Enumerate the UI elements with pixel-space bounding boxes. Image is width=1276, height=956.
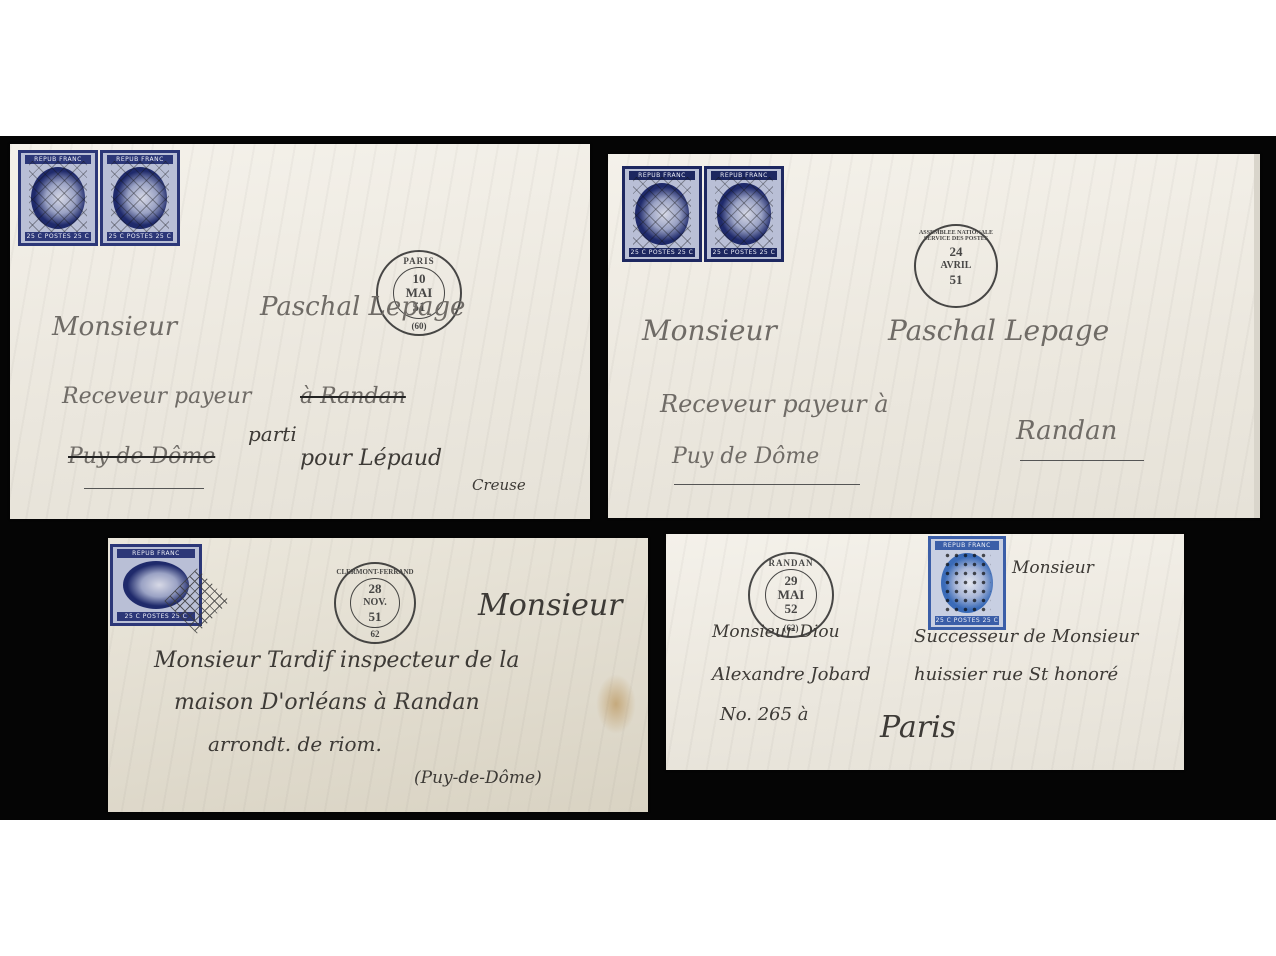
address-town-struck: à Randan (300, 384, 406, 409)
ceres-stamp: REPUB FRANC 25 C POSTES 25 C (928, 536, 1006, 630)
postmark-year: 51 (950, 273, 963, 287)
postmark-month: AVRIL (941, 259, 972, 273)
postmark-day: 24 (950, 245, 963, 259)
address-name: Paschal Lepage (888, 314, 1109, 347)
postmark-bottom: (60) (378, 321, 460, 331)
address-city: Paris (880, 710, 956, 745)
postmark-town: PARIS (378, 256, 460, 266)
address-department-struck: Puy de Dôme (68, 444, 215, 469)
postmark-month: MAI (778, 588, 805, 602)
redirect-destination: pour Lépaud (300, 446, 442, 471)
address-name: Paschal Lepage (260, 292, 465, 322)
postmark-town: CLERMONT-FERRAND (336, 568, 414, 576)
postmark-month: NOV. (363, 596, 386, 610)
address-salutation: Monsieur (478, 588, 623, 623)
ceres-stamp: REPUB FRANC 25 C POSTES 25 C (100, 150, 180, 246)
postmark-assemblee-nationale: ASSEMBLEE NATIONALE SERVICE DES POSTES 2… (914, 224, 998, 308)
cover-top-left: REPUB FRANC 25 C POSTES 25 C REPUB FRANC… (10, 144, 590, 519)
cover-bottom-left: REPUB FRANC 25 C POSTES 25 C CLERMONT-FE… (108, 538, 648, 812)
postmark-town: ASSEMBLEE NATIONALE SERVICE DES POSTES (916, 230, 996, 242)
postmark-day: 10 (413, 272, 426, 286)
address-title: Receveur payeur (62, 384, 251, 409)
address-salutation: Monsieur (642, 314, 777, 347)
postmark-day: 28 (369, 582, 382, 596)
address-salutation: Monsieur (1012, 558, 1094, 578)
address-house: maison D'orléans à Randan (174, 690, 480, 715)
grill-cancel-icon (29, 161, 87, 235)
address-title: Receveur payeur à (660, 390, 889, 418)
postmark-bottom: 62 (336, 629, 414, 639)
address-arrondissement: arrondt. de riom. (208, 732, 382, 756)
stamp-bottom-inscription: 25 C POSTES 25 C (107, 232, 173, 241)
grill-cancel-icon (715, 177, 773, 251)
cover-bottom-right: REPUB FRANC 25 C POSTES 25 C RANDAN 29 M… (666, 534, 1184, 770)
grill-cancel-icon (111, 161, 169, 235)
stamp-top-inscription: REPUB FRANC (935, 541, 999, 550)
ceres-stamp: REPUB FRANC 25 C POSTES 25 C (18, 150, 98, 246)
stamp-pair: REPUB FRANC 25 C POSTES 25 C REPUB FRANC… (622, 166, 784, 262)
dotted-lozenge-cancel-icon (943, 551, 991, 615)
address-name: Monsieur Diou (712, 622, 840, 642)
stamp-bottom-inscription: 25 C POSTES 25 C (629, 248, 695, 257)
ceres-stamp: REPUB FRANC 25 C POSTES 25 C (622, 166, 702, 262)
grill-cancel-icon (633, 177, 691, 251)
address-department: Puy de Dôme (672, 444, 819, 469)
address-name: Monsieur Tardif inspecteur de la (154, 648, 520, 673)
stamp-bottom-inscription: 25 C POSTES 25 C (935, 616, 999, 625)
postmark-clermont-ferrand: CLERMONT-FERRAND 28 NOV. 51 62 (334, 562, 416, 644)
address-number: No. 265 à (720, 704, 809, 725)
address-town: Randan (1016, 416, 1117, 446)
ceres-stamp: REPUB FRANC 25 C POSTES 25 C (704, 166, 784, 262)
stamp-top-inscription: REPUB FRANC (117, 549, 195, 558)
fold-edge (1254, 154, 1260, 518)
address-salutation: Monsieur (52, 312, 177, 342)
stamp-bottom-inscription: 25 C POSTES 25 C (25, 232, 91, 241)
redirect-parti: parti (248, 422, 297, 446)
postmark-year: 51 (369, 610, 382, 624)
address-department: (Puy-de-Dôme) (414, 768, 542, 788)
stamp-pair: REPUB FRANC 25 C POSTES 25 C REPUB FRANC… (18, 150, 180, 246)
foxing-stain (596, 674, 636, 734)
postmark-day: 29 (785, 574, 798, 588)
stamp-bottom-inscription: 25 C POSTES 25 C (711, 248, 777, 257)
address-predecessor: Alexandre Jobard (712, 664, 871, 685)
postmark-year: 52 (785, 602, 798, 616)
address-successor: Successeur de Monsieur (914, 626, 1138, 647)
cover-top-right: REPUB FRANC 25 C POSTES 25 C REPUB FRANC… (608, 154, 1260, 518)
address-street: huissier rue St honoré (914, 664, 1118, 685)
postmark-town: RANDAN (750, 558, 832, 568)
redirect-department: Creuse (472, 476, 526, 494)
